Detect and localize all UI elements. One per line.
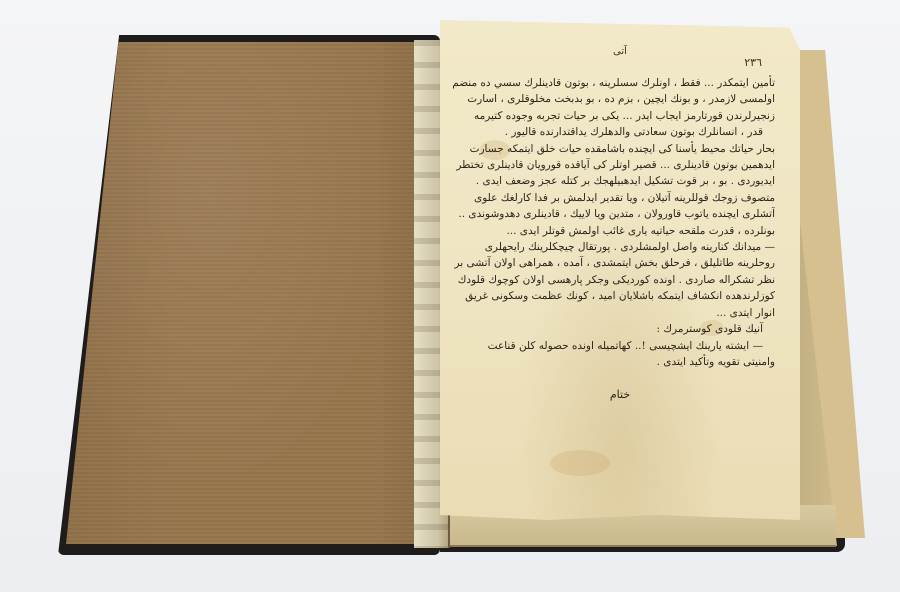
text-line: انوار ايتدى ... (452, 305, 775, 321)
text-line: — ميدانك كنارينه واصل اولمشلردى . پورتقا… (452, 239, 775, 255)
foxing-stain (550, 450, 610, 476)
text-line: تأمين ايتمكدر ... فقط ، اونلرك سسلرينه ،… (452, 75, 775, 91)
text-line: قدر ، انسانلرك بوتون سعادتى والدهلرك يدا… (452, 124, 775, 140)
text-line: ايديوردى . بو ، بر قوت تشكيل ايدهبيلهجك … (452, 173, 775, 189)
text-line: نظر تشكراله صاردى . اونده كورديكى وجكر پ… (452, 272, 775, 288)
text-line: روحلرينه طاتليلق ، فرحلق بخش ايتمشدى ، آ… (452, 255, 775, 271)
text-line: زنجيرلرندن قورتارمز ايجاب ايدر ... يكى ب… (452, 108, 775, 124)
text-line: بونلرده ، قدرت ملقحه حياتيه يارى غائب او… (452, 223, 775, 239)
text-line: ايدهمين بوتون قادينلرى ... قصير اوتلر كى… (452, 157, 775, 173)
text-line: كوزلرندهده انكشاف ايتمكه باشلايان اميد ،… (452, 288, 775, 304)
closing-word-finis: ختام (440, 388, 800, 401)
text-line: — ايشته يارينك ايشچيسى !.. كهاتميله اوند… (452, 338, 775, 354)
page-body-text: تأمين ايتمكدر ... فقط ، اونلرك سسلرينه ،… (452, 75, 775, 405)
text-line: اولمسى لازمدر ، و بونك ايچين ، بزم ده ، … (452, 91, 775, 107)
text-line: وامنيتى تقويه وتأكيد ايتدى . (452, 354, 775, 370)
endpaper-shading (66, 42, 428, 544)
text-line: آتشلرى ايچنده ياتوب قاورولان ، متدين ويا… (452, 206, 775, 222)
text-line: بحار حياتك محيط يأسنا كى ايچنده باشامقده… (452, 141, 775, 157)
text-line: متصوف زوجك قوللرينه آتيلان ، ويا تقدير ا… (452, 190, 775, 206)
page-number: ٢٣٦ (744, 56, 762, 69)
text-line: آنيك قلودى كوسترمرك : (452, 321, 775, 337)
printed-page: آتی ٢٣٦ تأمين ايتمكدر ... فقط ، اونلرك س… (440, 20, 800, 520)
